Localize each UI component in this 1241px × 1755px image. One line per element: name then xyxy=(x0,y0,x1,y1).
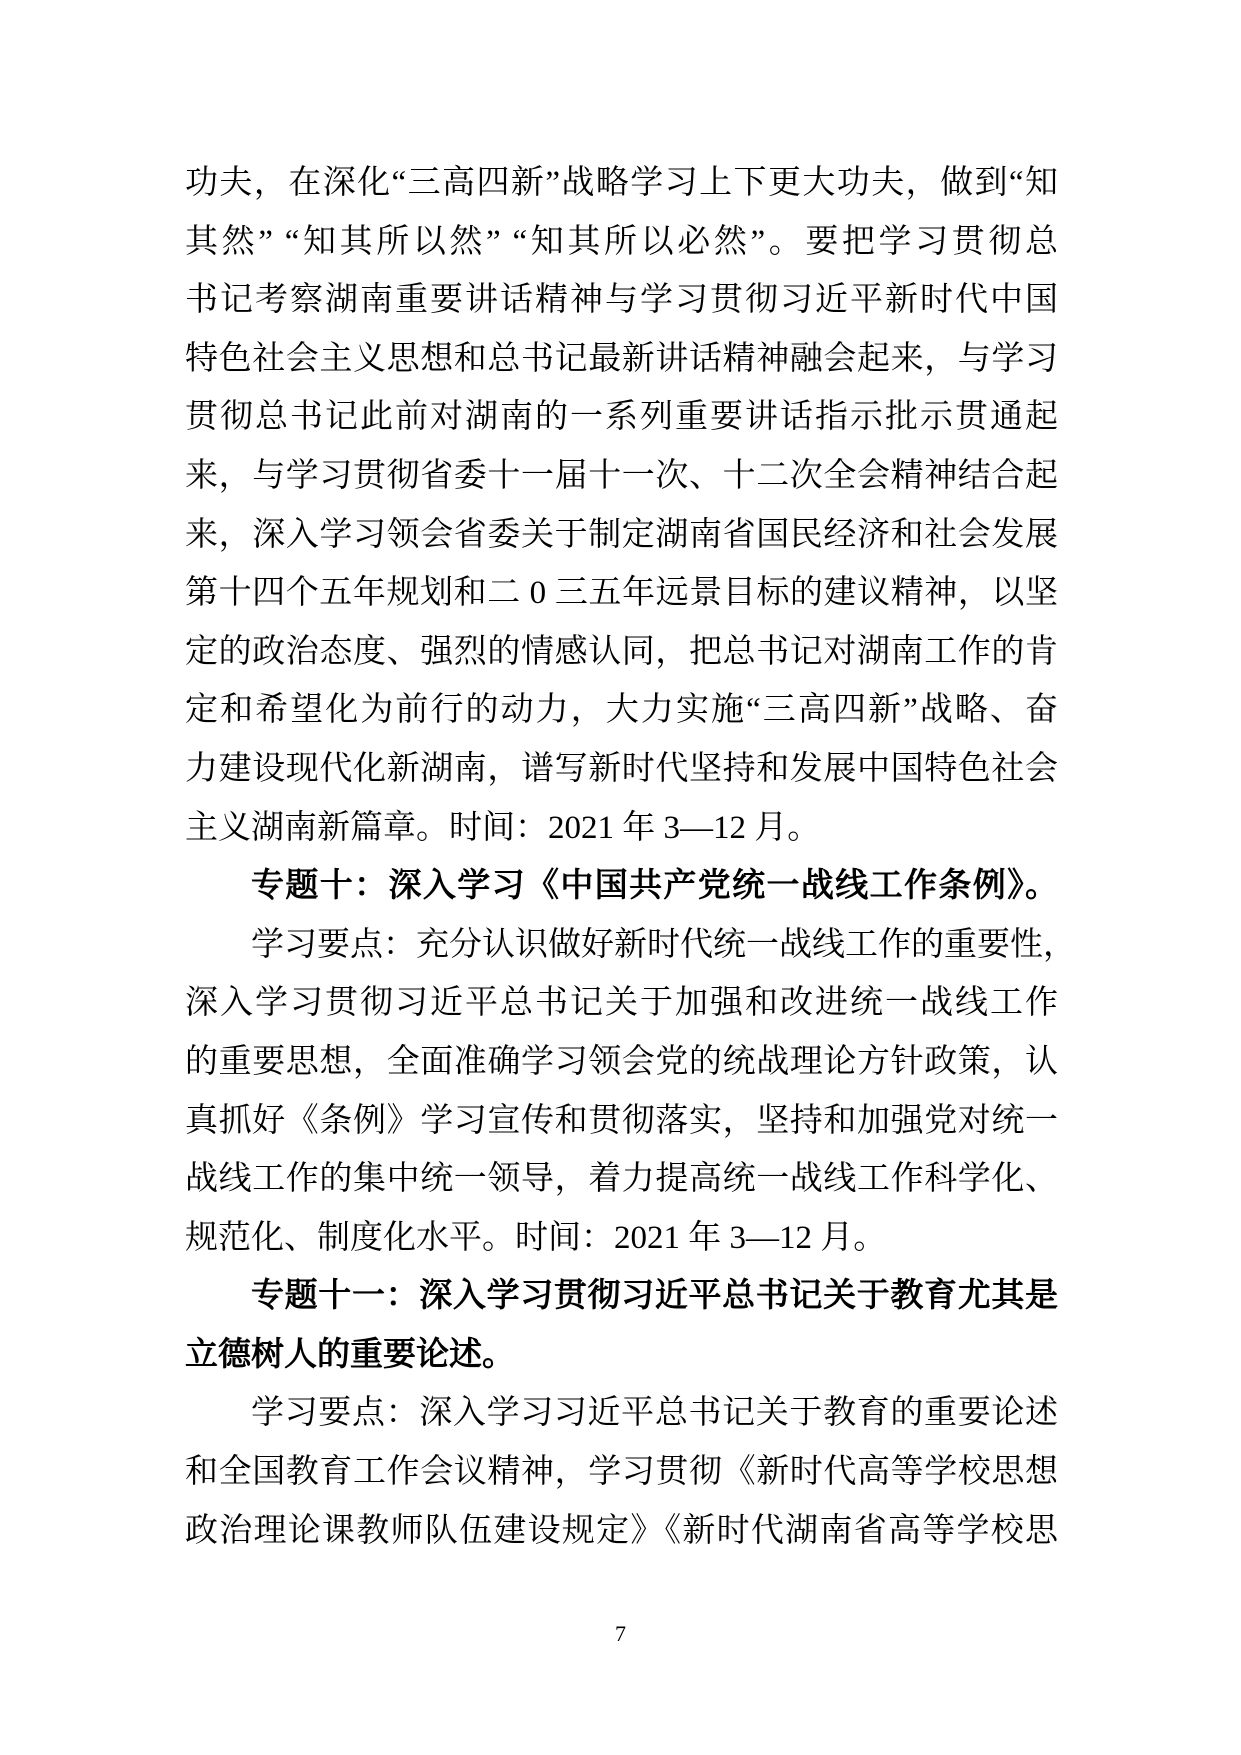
text-line: 力建设现代化新湖南，谱写新时代坚持和发展中国特色社会 xyxy=(185,740,1058,799)
text-line: 来，深入学习领会省委关于制定湖南省国民经济和社会发展 xyxy=(185,506,1058,565)
text-line: 功夫，在深化“三高四新”战略学习上下更大功夫，做到“知 xyxy=(185,154,1058,213)
text-line: 第十四个五年规划和二 0 三五年远景目标的建议精神，以坚 xyxy=(185,564,1058,623)
text-line: 战线工作的集中统一领导，着力提高统一战线工作科学化、 xyxy=(185,1150,1058,1209)
text-line: 主义湖南新篇章。时间：2021 年 3—12 月。 xyxy=(185,799,1058,858)
text-line: 其然” “知其所以然” “知其所以必然”。要把学习贯彻总 xyxy=(185,213,1058,272)
text-line: 定和希望化为前行的动力，大力实施“三高四新”战略、奋 xyxy=(185,681,1058,740)
text-line: 定的政治态度、强烈的情感认同，把总书记对湖南工作的肯 xyxy=(185,623,1058,682)
text-line: 贯彻总书记此前对湖南的一系列重要讲话指示批示贯通起 xyxy=(185,388,1058,447)
text-line: 专题十一：深入学习贯彻习近平总书记关于教育尤其是 xyxy=(185,1267,1058,1326)
document-page: 功夫，在深化“三高四新”战略学习上下更大功夫，做到“知其然” “知其所以然” “… xyxy=(0,0,1241,1755)
text-line: 真抓好《条例》学习宣传和贯彻落实，坚持和加强党对统一 xyxy=(185,1092,1058,1151)
text-line: 书记考察湖南重要讲话精神与学习贯彻习近平新时代中国 xyxy=(185,271,1058,330)
text-line: 的重要思想，全面准确学习领会党的统战理论方针政策，认 xyxy=(185,1033,1058,1092)
page-number: 7 xyxy=(0,1620,1241,1648)
text-line: 专题十：深入学习《中国共产党统一战线工作条例》。 xyxy=(185,857,1058,916)
text-line: 规范化、制度化水平。时间：2021 年 3—12 月。 xyxy=(185,1209,1058,1268)
text-line: 深入学习贯彻习近平总书记关于加强和改进统一战线工作 xyxy=(185,974,1058,1033)
document-body: 功夫，在深化“三高四新”战略学习上下更大功夫，做到“知其然” “知其所以然” “… xyxy=(185,154,1058,1560)
text-line: 和全国教育工作会议精神，学习贯彻《新时代高等学校思想 xyxy=(185,1443,1058,1502)
text-line: 学习要点：深入学习习近平总书记关于教育的重要论述 xyxy=(185,1384,1058,1443)
text-line: 特色社会主义思想和总书记最新讲话精神融会起来，与学习 xyxy=(185,330,1058,389)
text-line: 学习要点：充分认识做好新时代统一战线工作的重要性， xyxy=(185,916,1058,975)
text-line: 政治理论课教师队伍建设规定》《新时代湖南省高等学校思 xyxy=(185,1502,1058,1561)
text-line: 来，与学习贯彻省委十一届十一次、十二次全会精神结合起 xyxy=(185,447,1058,506)
text-line: 立德树人的重要论述。 xyxy=(185,1326,1058,1385)
